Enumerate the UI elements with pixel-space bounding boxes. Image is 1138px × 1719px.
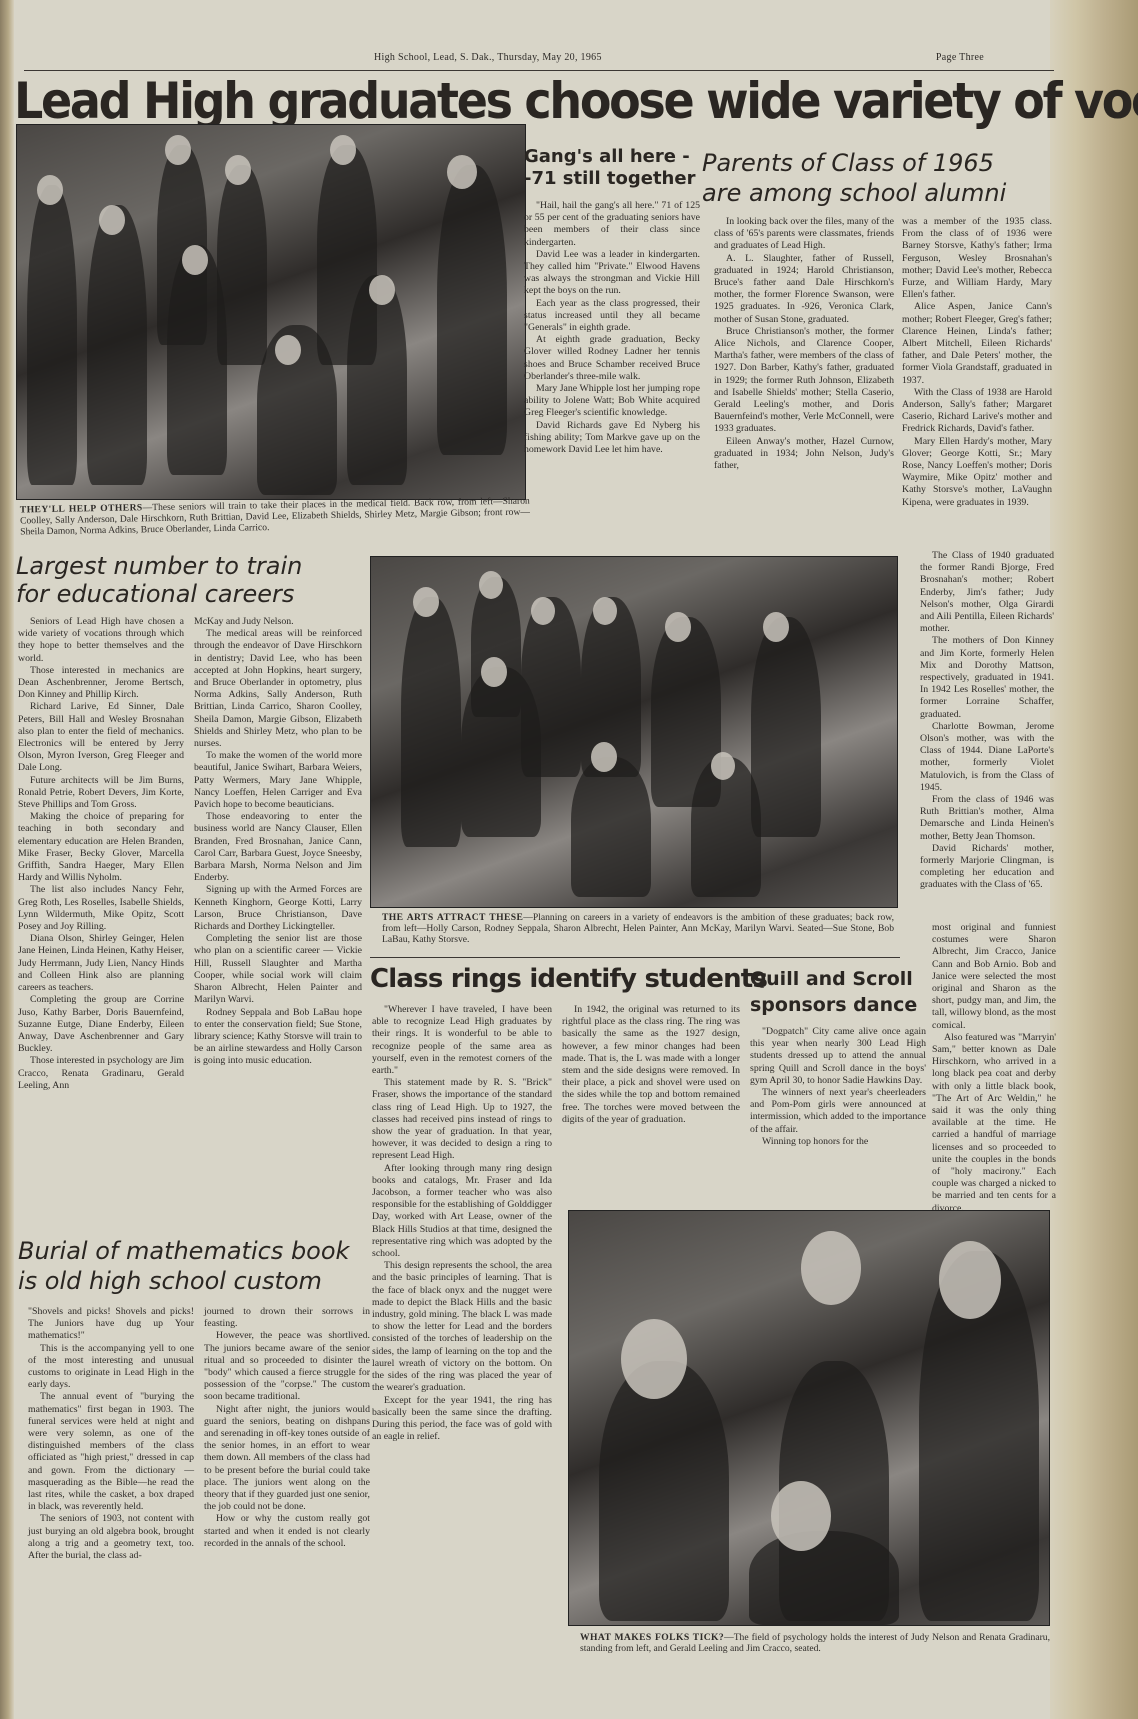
rings-title: Class rings identify students <box>370 964 740 994</box>
educational-title-line1: Largest number to train <box>16 552 356 580</box>
parents-col2-continued: The Class of 1940 graduated the former R… <box>920 550 1054 892</box>
burial-paragraph: "Shovels and picks! Shovels and picks! T… <box>28 1306 194 1343</box>
parents-col1: In looking back over the files, many of … <box>714 216 894 472</box>
educational-paragraph: McKay and Judy Nelson. <box>194 616 362 628</box>
gang-title: Gang's all here --71 still together <box>524 146 704 190</box>
educational-paragraph: Signing up with the Armed Forces are Ken… <box>194 884 362 933</box>
burial-title: Burial of mathematics book is old high s… <box>18 1236 378 1296</box>
photo-arts-seniors <box>370 556 898 908</box>
photo-psychology-seniors <box>568 1210 1050 1626</box>
burial-paragraph: How or why the custom really got started… <box>204 1513 370 1550</box>
parents-paragraph: From the class of 1946 was Ruth Brittian… <box>920 794 1054 843</box>
educational-paragraph: Future architects will be Jim Burns, Ron… <box>18 775 184 812</box>
educational-paragraph: Diana Olson, Shirley Geinger, Helen Jane… <box>18 933 184 994</box>
masthead: High School, Lead, S. Dak., Thursday, Ma… <box>24 50 1054 71</box>
burial-title-line1: Burial of mathematics book <box>18 1236 378 1266</box>
caption-arts: THE ARTS ATTRACT THESE—Planning on caree… <box>382 912 894 945</box>
parents-col2: was a member of the 1935 class. From the… <box>902 216 1052 509</box>
educational-paragraph: The list also includes Nancy Fehr, Greg … <box>18 884 184 933</box>
quill-paragraph: "Dogpatch" City came alive once again th… <box>750 1026 926 1087</box>
parents-paragraph: Bruce Christianson's mother, the former … <box>714 326 894 436</box>
parents-paragraph: was a member of the 1935 class. From the… <box>902 216 1052 301</box>
main-headline: Lead High graduates choose wide variety … <box>14 72 971 130</box>
gang-paragraph: Each year as the class progressed, their… <box>524 298 700 335</box>
burial-paragraph: Night after night, the juniors would gua… <box>204 1404 370 1514</box>
rings-paragraph: This design represents the school, the a… <box>372 1260 552 1394</box>
educational-paragraph: Richard Larive, Ed Sinner, Dale Peters, … <box>18 701 184 774</box>
parents-paragraph: David Richards' mother, formerly Marjori… <box>920 843 1054 892</box>
educational-paragraph: Completing the group are Corrine Juso, K… <box>18 994 184 1055</box>
quill-paragraph: most original and funniest costumes were… <box>932 922 1056 1032</box>
caption-psychology: WHAT MAKES FOLKS TICK?—The field of psyc… <box>580 1632 1050 1654</box>
burial-paragraph: The seniors of 1903, not content with ju… <box>28 1513 194 1562</box>
parents-title: Parents of Class of 1965 are among schoo… <box>702 148 1062 208</box>
educational-paragraph: Those endeavoring to enter the business … <box>194 811 362 884</box>
parents-paragraph: A. L. Slaughter, father of Russell, grad… <box>714 253 894 326</box>
burial-paragraph: However, the peace was shortlived. The j… <box>204 1330 370 1403</box>
parents-paragraph: The mothers of Don Kinney and Jim Korte,… <box>920 635 1054 720</box>
burial-paragraph: This is the accompanying yell to one of … <box>28 1343 194 1392</box>
parents-paragraph: With the Class of 1938 are Harold Anders… <box>902 387 1052 436</box>
caption-arts-lead: THE ARTS ATTRACT THESE <box>382 912 523 923</box>
gang-paragraph: Mary Jane Whipple lost her jumping rope … <box>524 383 700 420</box>
binding-edge-left <box>0 0 14 1719</box>
educational-title: Largest number to train for educational … <box>16 552 356 608</box>
rings-col1: "Wherever I have traveled, I have been a… <box>372 1004 552 1443</box>
quill-title-line1: Quill and Scroll <box>750 966 920 992</box>
caption-medical-text: —These seniors will train to take their … <box>20 496 530 538</box>
burial-title-line2: is old high school custom <box>18 1266 378 1296</box>
burial-paragraph: journed to drown their sorrows in feasti… <box>204 1306 370 1330</box>
quill-col2: most original and funniest costumes were… <box>932 922 1056 1215</box>
educational-paragraph: To make the women of the world more beau… <box>194 750 362 811</box>
rings-paragraph: "Wherever I have traveled, I have been a… <box>372 1004 552 1077</box>
educational-paragraph: Rodney Seppala and Bob LaBau hope to ent… <box>194 1007 362 1068</box>
gang-paragraph: David Lee was a leader in kindergarten. … <box>524 249 700 298</box>
parents-paragraph: Mary Ellen Hardy's mother, Mary Glover; … <box>902 436 1052 509</box>
dateline: High School, Lead, S. Dak., Thursday, Ma… <box>374 52 602 63</box>
parents-title-line2: are among school alumni <box>702 178 1062 208</box>
rings-paragraph: After looking through many ring design b… <box>372 1163 552 1261</box>
caption-medical: THEY'LL HELP OTHERS—These seniors will t… <box>20 496 530 538</box>
educational-col1: Seniors of Lead High have chosen a wide … <box>18 616 184 1092</box>
rings-col2: In 1942, the original was returned to it… <box>562 1004 740 1126</box>
educational-paragraph: Completing the senior list are those who… <box>194 933 362 1006</box>
quill-paragraph: The winners of next year's cheerleaders … <box>750 1087 926 1136</box>
parents-paragraph: The Class of 1940 graduated the former R… <box>920 550 1054 635</box>
parents-paragraph: Eileen Anway's mother, Hazel Curnow, gra… <box>714 436 894 473</box>
caption-psychology-lead: WHAT MAKES FOLKS TICK? <box>580 1632 724 1643</box>
parents-title-line1: Parents of Class of 1965 <box>702 148 1062 178</box>
gang-paragraph: "Hail, hail the gang's all here." 71 of … <box>524 200 700 249</box>
educational-paragraph: Making the choice of preparing for teach… <box>18 811 184 884</box>
quill-paragraph: Also featured was "Marryin' Sam," better… <box>932 1032 1056 1215</box>
burial-col1: "Shovels and picks! Shovels and picks! T… <box>28 1306 194 1562</box>
parents-paragraph: Alice Aspen, Janice Cann's mother; Rober… <box>902 301 1052 386</box>
rings-paragraph: In 1942, the original was returned to it… <box>562 1004 740 1126</box>
gang-paragraph: David Richards gave Ed Nyberg his fishin… <box>524 420 700 457</box>
divider-arts <box>370 957 900 958</box>
newspaper-page: High School, Lead, S. Dak., Thursday, Ma… <box>14 0 1050 1719</box>
burial-col2: journed to drown their sorrows in feasti… <box>204 1306 370 1550</box>
quill-title: Quill and Scroll sponsors dance <box>750 966 920 1018</box>
burial-paragraph: The annual event of "burying the mathema… <box>28 1391 194 1513</box>
educational-col2: McKay and Judy Nelson. The medical areas… <box>194 616 362 1068</box>
photo-medical-seniors <box>16 124 526 500</box>
educational-title-line2: for educational careers <box>16 580 356 608</box>
gang-paragraph: At eighth grade graduation, Becky Glover… <box>524 334 700 383</box>
educational-paragraph: Those interested in mechanics are Dean A… <box>18 665 184 702</box>
page-number: Page Three <box>936 52 984 63</box>
educational-paragraph: Those interested in psychology are Jim C… <box>18 1055 184 1092</box>
rings-paragraph: This statement made by R. S. "Brick" Fra… <box>372 1077 552 1162</box>
educational-paragraph: Seniors of Lead High have chosen a wide … <box>18 616 184 665</box>
rings-paragraph: Except for the year 1941, the ring has b… <box>372 1395 552 1444</box>
parents-paragraph: Charlotte Bowman, Jerome Olson's mother,… <box>920 721 1054 794</box>
binding-edge-right <box>1050 0 1138 1719</box>
educational-paragraph: The medical areas will be reinforced thr… <box>194 628 362 750</box>
quill-col1: "Dogpatch" City came alive once again th… <box>750 1026 926 1148</box>
quill-title-line2: sponsors dance <box>750 992 920 1018</box>
gang-body: "Hail, hail the gang's all here." 71 of … <box>524 200 700 456</box>
quill-paragraph: Winning top honors for the <box>750 1136 926 1148</box>
parents-paragraph: In looking back over the files, many of … <box>714 216 894 253</box>
